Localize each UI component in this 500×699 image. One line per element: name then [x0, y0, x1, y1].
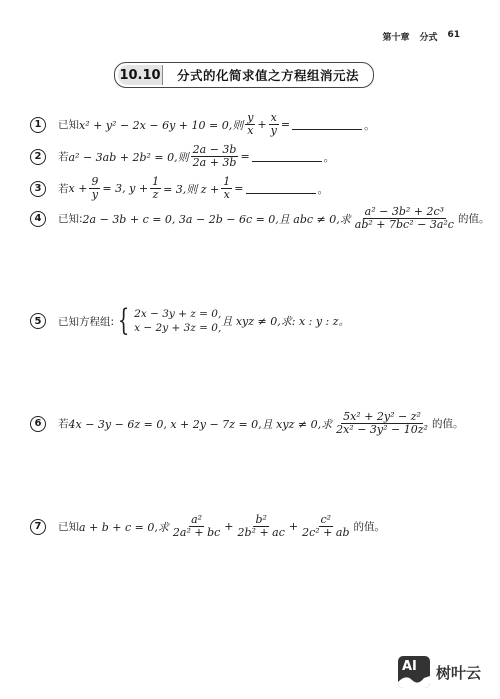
question-prefix: 已知	[58, 519, 79, 534]
question-1: 1 已知 x² + y² − 2x − 6y + 10 = 0,则 yx + x…	[30, 112, 375, 137]
denominator: 2c² + ab	[300, 527, 351, 539]
question-number: 1	[30, 117, 46, 133]
denominator: 2a + 3b	[191, 157, 239, 169]
math-expression: = 3,则 z +	[163, 181, 219, 197]
math-expression: 2a − 3b + c = 0, 3a − 2b − 6c = 0,且 abc …	[83, 211, 351, 227]
denominator: y	[90, 189, 100, 201]
operator: =	[240, 150, 249, 163]
question-prefix: 若	[58, 181, 69, 196]
question-number: 5	[30, 313, 46, 329]
question-number: 7	[30, 519, 46, 535]
denominator: y	[269, 125, 279, 137]
operator: +	[257, 118, 266, 131]
denominator: x	[222, 189, 232, 201]
operator: +	[224, 520, 233, 533]
section-title: 分式的化简求值之方程组消元法	[163, 66, 373, 84]
fraction: a² − 3b² + 2c³ab² + 7bc² − 3a²c	[353, 206, 456, 231]
question-prefix: 若	[58, 416, 69, 431]
fraction: 1z	[150, 176, 161, 201]
fraction: 1x	[221, 176, 232, 201]
watermark-text: 树叶云	[436, 662, 481, 683]
question-7: 7 已知 a + b + c = 0,求 a²2a² + bc + b²2b² …	[30, 514, 385, 539]
ai-logo-icon: AI	[398, 656, 430, 688]
question-prefix: 已知方程组:	[58, 314, 114, 329]
operator: +	[289, 520, 298, 533]
fraction: b²2b² + ac	[236, 514, 287, 539]
fraction: a²2a² + bc	[171, 514, 222, 539]
fraction: c²2c² + ab	[300, 514, 351, 539]
equation-system: { 2x − 3y + z = 0, x − 2y + 3z = 0,	[114, 306, 221, 336]
operator: =	[234, 182, 243, 195]
math-expression: x² + y² − 2x − 6y + 10 = 0,则	[79, 117, 243, 133]
chapter-label: 第十章	[382, 30, 409, 43]
answer-blank[interactable]	[292, 119, 362, 130]
question-number: 4	[30, 211, 46, 227]
brace-icon: {	[118, 306, 129, 336]
denominator: ab² + 7bc² − 3a²c	[353, 219, 456, 231]
fraction: 5x² + 2y² − z²2x² − 3y² − 10z²	[334, 411, 430, 436]
fraction: 2a − 3b2a + 3b	[191, 144, 239, 169]
denominator: 2a² + bc	[171, 527, 222, 539]
fraction: 9y	[89, 176, 100, 201]
question-suffix: 的值。	[432, 416, 464, 431]
question-prefix: 若	[58, 149, 69, 164]
watermark: AI 树叶云	[398, 656, 481, 688]
denominator: x	[245, 125, 255, 137]
page-header: 第十章 分式 61	[382, 30, 460, 43]
question-5: 5 已知方程组: { 2x − 3y + z = 0, x − 2y + 3z …	[30, 306, 350, 336]
denominator: 2b² + ac	[236, 527, 287, 539]
question-number: 2	[30, 149, 46, 165]
question-prefix: 已知	[58, 117, 79, 132]
equation: x − 2y + 3z = 0,	[134, 321, 221, 335]
page-number: 61	[447, 30, 460, 43]
denominator: z	[151, 189, 161, 201]
question-2: 2 若 a² − 3ab + 2b² = 0,则 2a − 3b2a + 3b …	[30, 144, 335, 169]
math-expression: = 3, y +	[102, 182, 148, 195]
fraction: xy	[269, 112, 279, 137]
math-expression: x +	[69, 182, 88, 195]
math-expression: a² − 3ab + 2b² = 0,则	[69, 149, 189, 165]
section-label: 分式	[419, 30, 437, 43]
question-suffix: 的值。	[354, 519, 386, 534]
question-suffix: 的值。	[458, 211, 490, 226]
question-number: 3	[30, 181, 46, 197]
denominator: 2x² − 3y² − 10z²	[334, 424, 430, 436]
math-expression: 且 xyz ≠ 0,求: x : y : z。	[221, 313, 349, 329]
equation: 2x − 3y + z = 0,	[134, 307, 221, 321]
question-6: 6 若 4x − 3y − 6z = 0, x + 2y − 7z = 0,且 …	[30, 411, 463, 436]
fraction: yx	[245, 112, 255, 137]
answer-blank[interactable]	[252, 151, 322, 162]
question-prefix: 已知:	[58, 211, 83, 226]
question-4: 4 已知: 2a − 3b + c = 0, 3a − 2b − 6c = 0,…	[30, 206, 489, 231]
section-title-box: 10.10 分式的化简求值之方程组消元法	[114, 62, 374, 88]
section-number: 10.10	[118, 65, 163, 85]
punctuation: 。	[324, 149, 335, 165]
operator: =	[281, 118, 290, 131]
answer-blank[interactable]	[246, 183, 316, 194]
punctuation: 。	[318, 181, 329, 197]
question-number: 6	[30, 416, 46, 432]
question-3: 3 若 x + 9y = 3, y + 1z = 3,则 z + 1x = 。	[30, 176, 329, 201]
punctuation: 。	[364, 117, 375, 133]
math-expression: 4x − 3y − 6z = 0, x + 2y − 7z = 0,且 xyz …	[69, 416, 333, 432]
math-expression: a + b + c = 0,求	[79, 519, 169, 535]
